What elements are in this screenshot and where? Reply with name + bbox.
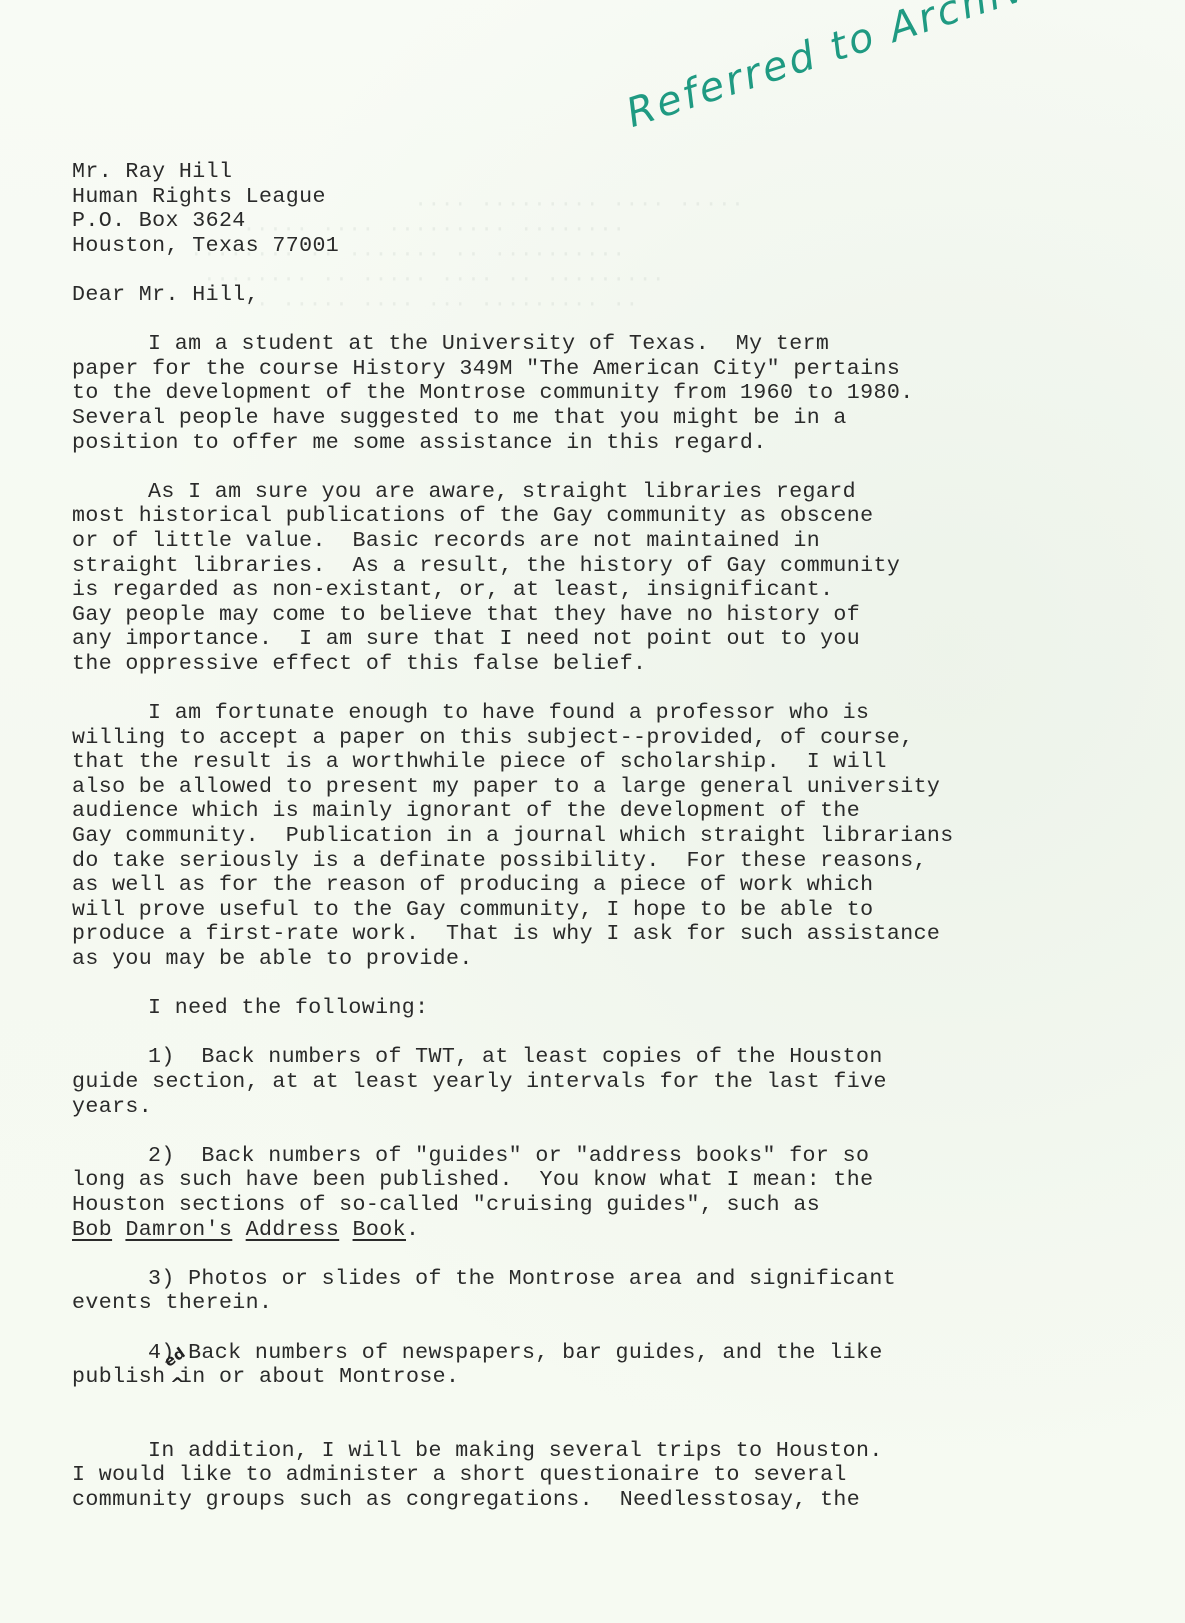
recipient-name: Mr. Ray Hill [72, 160, 1162, 185]
recipient-po-box: P.O. Box 3624 [72, 209, 1162, 234]
paragraph-line: community groups such as congregations. … [72, 1488, 1162, 1513]
list-item-line: 2) Back numbers of "guides" or "address … [72, 1144, 1162, 1169]
list-item-line: guide section, at at least yearly interv… [72, 1070, 1162, 1095]
paragraph-line: the oppressive effect of this false beli… [72, 652, 1162, 677]
paragraph-line: will prove useful to the Gay community, … [72, 898, 1162, 923]
paragraph-line: also be allowed to present my paper to a… [72, 775, 1162, 800]
list-item-line: 4) Back numbers of newspapers, bar guide… [72, 1341, 1162, 1366]
book-title-period: . [406, 1218, 419, 1242]
paragraph-line: to the development of the Montrose commu… [72, 381, 1162, 406]
paragraph-line: paper for the course History 349M "The A… [72, 357, 1162, 382]
paragraph-line: any importance. I am sure that I need no… [72, 627, 1162, 652]
list-item-2: 2) Back numbers of "guides" or "address … [72, 1144, 1162, 1242]
paragraph-line: I am fortunate enough to have found a pr… [72, 701, 1162, 726]
paragraph-line: produce a first-rate work. That is why I… [72, 922, 1162, 947]
book-title-word: Damron's [125, 1218, 232, 1242]
typed-text: publish [72, 1365, 166, 1389]
paragraph-line: I would like to administer a short quest… [72, 1463, 1162, 1488]
letter-page: ···· ········· ···· ····· ····· ···· ···… [0, 0, 1185, 1623]
paragraph-line: Gay people may come to believe that they… [72, 603, 1162, 628]
book-title-line: Bob Damron's Address Book. [72, 1218, 1162, 1243]
list-item-3: 3) Photos or slides of the Montrose area… [72, 1267, 1162, 1316]
recipient-address: Mr. Ray Hill Human Rights League P.O. Bo… [72, 160, 1162, 258]
recipient-city: Houston, Texas 77001 [72, 234, 1162, 259]
list-item-line: events therein. [72, 1291, 1162, 1316]
paragraph-5: In addition, I will be making several tr… [72, 1439, 1162, 1513]
list-item-line: long as such have been published. You kn… [72, 1168, 1162, 1193]
paragraph-line: that the result is a worthwhile piece of… [72, 750, 1162, 775]
paragraph-line: position to offer me some assistance in … [72, 431, 1162, 456]
paragraph-line: or of little value. Basic records are no… [72, 529, 1162, 554]
book-title-word: Address [246, 1218, 340, 1242]
paragraph-3: I am fortunate enough to have found a pr… [72, 701, 1162, 972]
list-item-line: published^ in or about Montrose. [72, 1365, 1162, 1390]
salutation: Dear Mr. Hill, [72, 283, 1162, 308]
paragraph-line: straight libraries. As a result, the his… [72, 554, 1162, 579]
paragraph-line: I am a student at the University of Texa… [72, 332, 1162, 357]
handwritten-annotation: Referred to Archives [621, 0, 1083, 137]
paragraph-line: as you may be able to provide. [72, 947, 1162, 972]
recipient-organization: Human Rights League [72, 185, 1162, 210]
paragraph-line: do take seriously is a definate possibil… [72, 849, 1162, 874]
book-title-word: Bob [72, 1218, 112, 1242]
list-item-line: Houston sections of so-called "cruising … [72, 1193, 1162, 1218]
paragraph-line: Several people have suggested to me that… [72, 406, 1162, 431]
list-item-line: years. [72, 1095, 1162, 1120]
list-item-4: 4) Back numbers of newspapers, bar guide… [72, 1341, 1162, 1390]
paragraph-2: As I am sure you are aware, straight lib… [72, 480, 1162, 677]
paragraph-line: audience which is mainly ignorant of the… [72, 799, 1162, 824]
list-item-1: 1) Back numbers of TWT, at least copies … [72, 1045, 1162, 1119]
paragraph-line: Gay community. Publication in a journal … [72, 824, 1162, 849]
paragraph-line: In addition, I will be making several tr… [72, 1439, 1162, 1464]
list-intro: I need the following: [72, 996, 1162, 1021]
paragraph-line: As I am sure you are aware, straight lib… [72, 480, 1162, 505]
list-item-line: 3) Photos or slides of the Montrose area… [72, 1267, 1162, 1292]
letter-body: Mr. Ray Hill Human Rights League P.O. Bo… [72, 160, 1162, 1513]
paragraph-line: is regarded as non-existant, or, at leas… [72, 578, 1162, 603]
paragraph-line: most historical publications of the Gay … [72, 504, 1162, 529]
paragraph-1: I am a student at the University of Texa… [72, 332, 1162, 455]
caret-mark: ^ [170, 1373, 185, 1398]
list-item-line: 1) Back numbers of TWT, at least copies … [72, 1045, 1162, 1070]
typed-text: in or about Montrose. [166, 1365, 460, 1389]
paragraph-line: willing to accept a paper on this subjec… [72, 726, 1162, 751]
paragraph-line: as well as for the reason of producing a… [72, 873, 1162, 898]
book-title-word: Book [353, 1218, 406, 1242]
